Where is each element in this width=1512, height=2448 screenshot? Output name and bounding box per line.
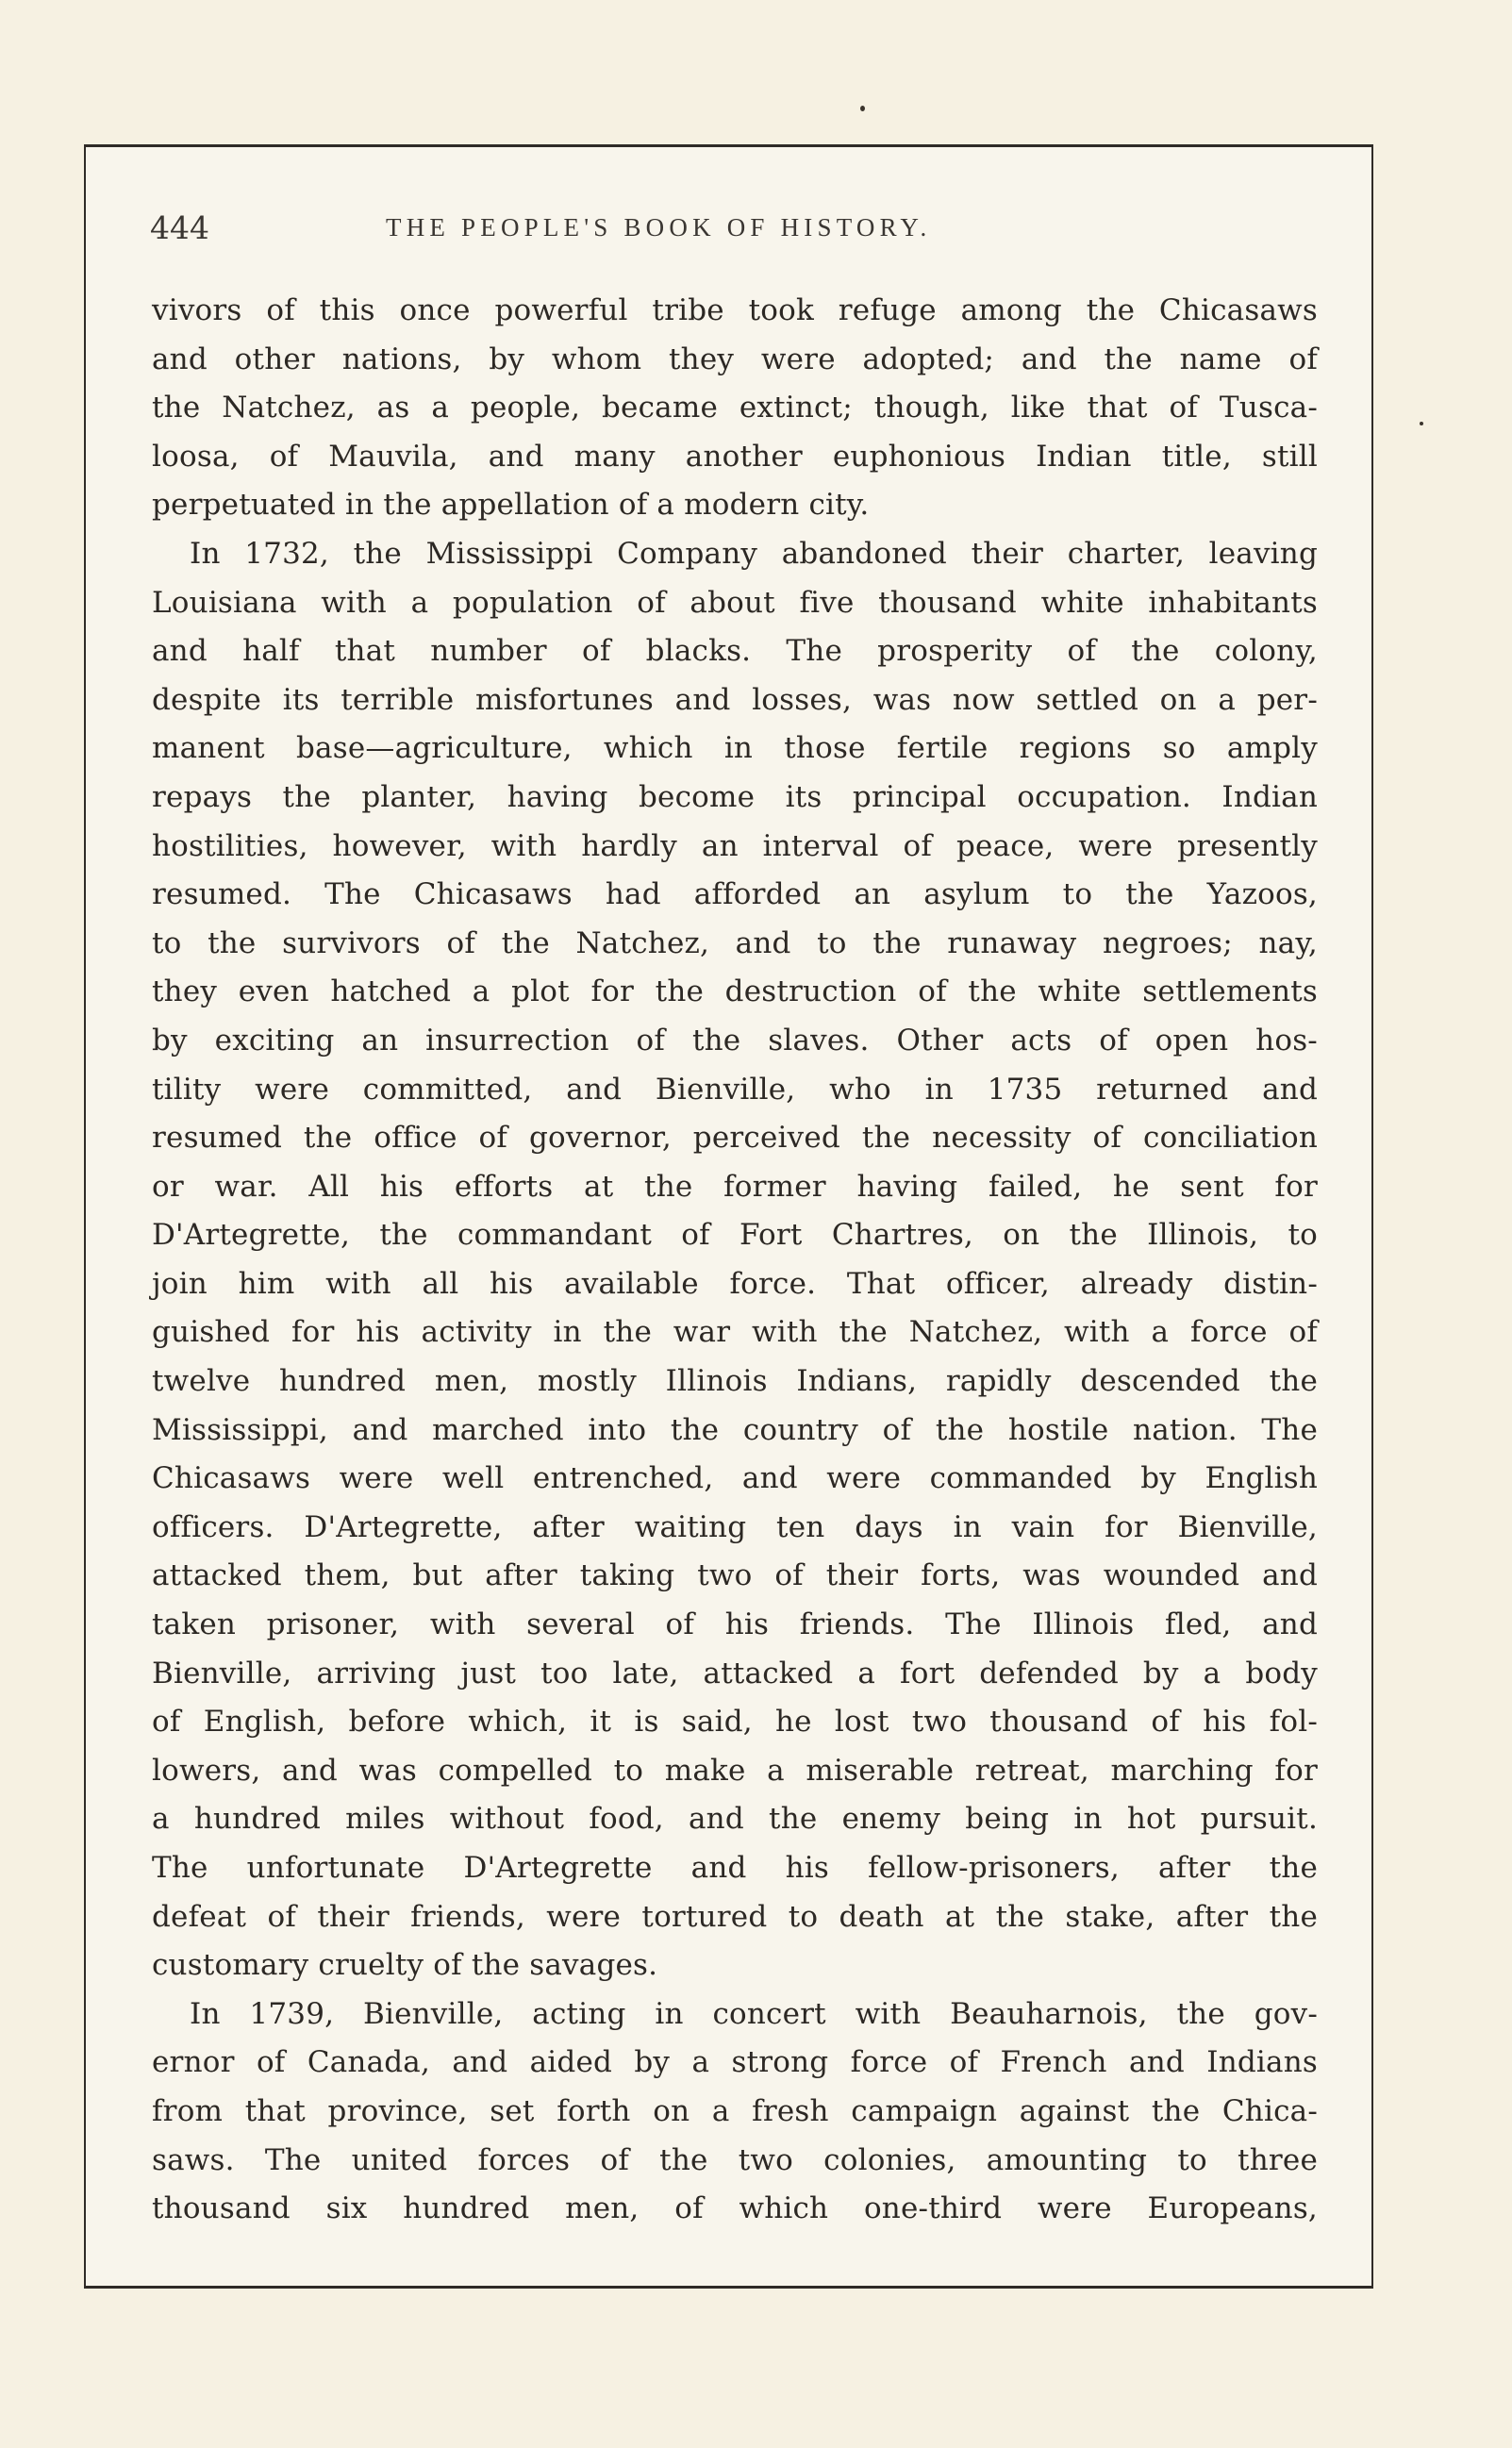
text-line: loosa, of Mauvila, and many another euph… bbox=[152, 433, 1318, 482]
text-line: resumed the office of governor, perceive… bbox=[152, 1114, 1318, 1163]
text-line: thousand six hundred men, of which one-t… bbox=[152, 2185, 1318, 2234]
text-line: Chicasaws were well entrenched, and were… bbox=[152, 1455, 1318, 1504]
text-line: the Natchez, as a people, became extinct… bbox=[152, 384, 1318, 433]
text-line: In 1739, Bienville, acting in concert wi… bbox=[152, 1990, 1318, 2040]
text-line: despite its terrible misfortunes and los… bbox=[152, 676, 1318, 725]
text-line: The unfortunate D'Artegrette and his fel… bbox=[152, 1844, 1318, 1893]
text-line: customary cruelty of the savages. bbox=[152, 1941, 1318, 1990]
text-line: officers. D'Artegrette, after waiting te… bbox=[152, 1504, 1318, 1553]
text-line: defeat of their friends, were tortured t… bbox=[152, 1893, 1318, 1942]
text-line: a hundred miles without food, and the en… bbox=[152, 1795, 1318, 1844]
text-line: of English, before which, it is said, he… bbox=[152, 1698, 1318, 1747]
text-line: from that province, set forth on a fresh… bbox=[152, 2088, 1318, 2137]
text-line: manent base—agriculture, which in those … bbox=[152, 724, 1318, 774]
text-line: attacked them, but after taking two of t… bbox=[152, 1552, 1318, 1601]
text-line: hostilities, however, with hardly an int… bbox=[152, 823, 1318, 872]
text-line: vivors of this once powerful tribe took … bbox=[152, 287, 1318, 336]
text-line: tility were committed, and Bienville, wh… bbox=[152, 1066, 1318, 1115]
text-line: D'Artegrette, the commandant of Fort Cha… bbox=[152, 1211, 1318, 1260]
text-line: ernor of Canada, and aided by a strong f… bbox=[152, 2039, 1318, 2088]
text-line: saws. The united forces of the two colon… bbox=[152, 2137, 1318, 2186]
text-line: twelve hundred men, mostly Illinois Indi… bbox=[152, 1357, 1318, 1407]
text-line: to the survivors of the Natchez, and to … bbox=[152, 920, 1318, 969]
paragraph-1: vivors of this once powerful tribe took … bbox=[152, 287, 1318, 530]
text-line: taken prisoner, with several of his frie… bbox=[152, 1601, 1318, 1650]
page-number: 444 bbox=[150, 209, 209, 246]
text-line: Mississippi, and marched into the countr… bbox=[152, 1407, 1318, 1456]
text-line: Louisiana with a population of about fiv… bbox=[152, 579, 1318, 628]
ink-speck bbox=[1420, 422, 1423, 425]
text-line: guished for his activity in the war with… bbox=[152, 1308, 1318, 1357]
text-line: repays the planter, having become its pr… bbox=[152, 774, 1318, 823]
text-line: resumed. The Chicasaws had afforded an a… bbox=[152, 871, 1318, 920]
page-frame: 444 THE PEOPLE'S BOOK OF HISTORY. vivors… bbox=[84, 144, 1373, 2289]
paragraph-2: In 1732, the Mississippi Company abandon… bbox=[152, 530, 1318, 1990]
text-line: perpetuated in the appellation of a mode… bbox=[152, 481, 1318, 530]
text-body: vivors of this once powerful tribe took … bbox=[152, 287, 1318, 2234]
text-line: join him with all his available force. T… bbox=[152, 1260, 1318, 1309]
running-head: 444 THE PEOPLE'S BOOK OF HISTORY. bbox=[86, 209, 1371, 247]
running-title: THE PEOPLE'S BOOK OF HISTORY. bbox=[386, 213, 932, 242]
text-line: lowers, and was compelled to make a mise… bbox=[152, 1747, 1318, 1796]
text-line: and half that number of blacks. The pros… bbox=[152, 627, 1318, 676]
text-line: In 1732, the Mississippi Company abandon… bbox=[152, 530, 1318, 579]
text-line: Bienville, arriving just too late, attac… bbox=[152, 1650, 1318, 1699]
paragraph-3: In 1739, Bienville, acting in concert wi… bbox=[152, 1990, 1318, 2234]
ink-speck bbox=[860, 106, 865, 111]
text-line: by exciting an insurrection of the slave… bbox=[152, 1017, 1318, 1066]
text-line: and other nations, by whom they were ado… bbox=[152, 336, 1318, 385]
text-line: or war. All his efforts at the former ha… bbox=[152, 1163, 1318, 1212]
text-line: they even hatched a plot for the destruc… bbox=[152, 968, 1318, 1017]
